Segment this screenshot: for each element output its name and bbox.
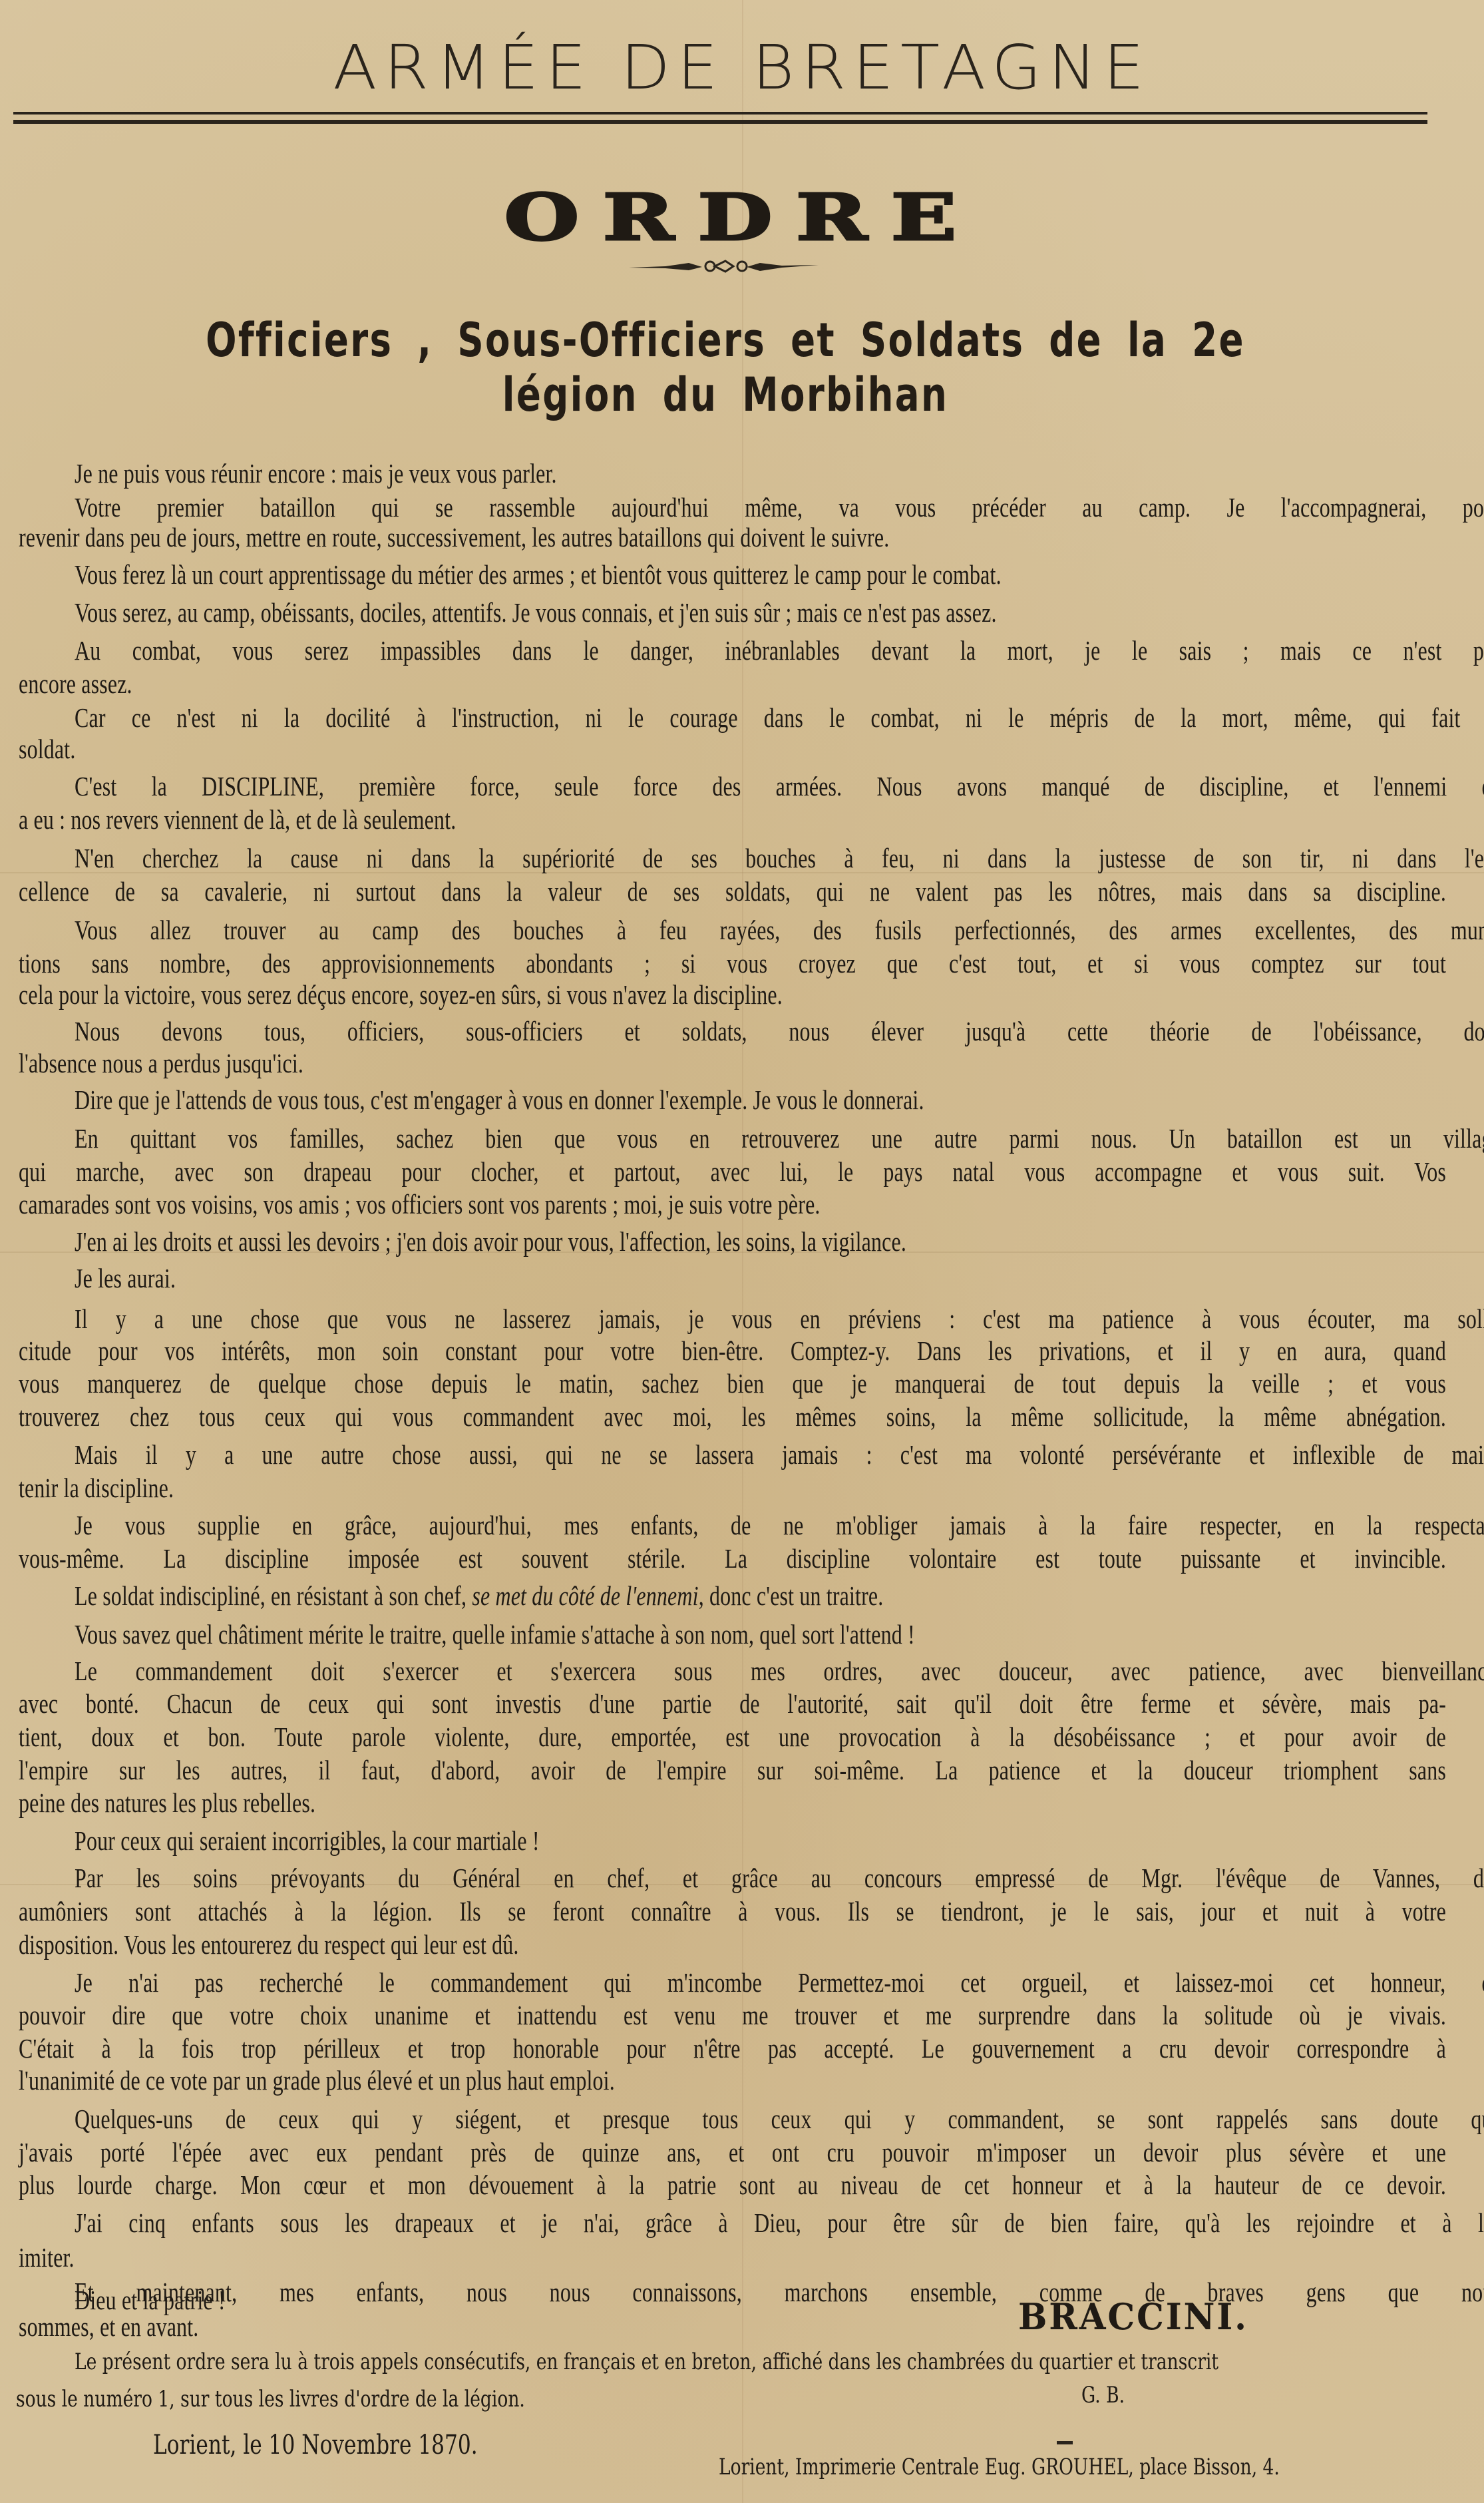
body-line: Je ne puis vous réunir encore : mais je …: [75, 457, 1191, 490]
body-line: C'est la DISCIPLINE, première force, seu…: [75, 770, 1484, 803]
body-line: revenir dans peu de jours, mettre en rou…: [19, 521, 1135, 554]
body-line: J'en ai les droits et aussi les devoirs …: [75, 1225, 1191, 1258]
body-line: Vous ferez là un court apprentissage du …: [75, 558, 1191, 591]
body-line: tient, doux et bon. Toute parole violent…: [19, 1720, 1446, 1753]
body-line: aumôniers sont attachés à la légion. Ils…: [19, 1895, 1446, 1928]
body-line: Vous serez, au camp, obéissants, dociles…: [75, 596, 1191, 629]
body-line: avec bonté. Chacun de ceux qui sont inve…: [19, 1687, 1446, 1720]
body-line: camarades sont vos voisins, vos amis ; v…: [19, 1188, 1135, 1221]
heading-rule-top: [13, 112, 1427, 114]
body-line: Vous allez trouver au camp des bouches à…: [75, 913, 1484, 947]
document-title: ORDRE: [0, 180, 1484, 255]
body-line: peine des natures les plus rebelles.: [19, 1786, 1135, 1819]
army-heading: ARMÉE DE BRETAGNE: [0, 32, 1484, 103]
body-line: En quittant vos familles, sachez bien qu…: [75, 1122, 1484, 1155]
body-line: Le commandement doit s'exercer et s'exer…: [75, 1654, 1484, 1688]
body-line: soldat.: [19, 732, 1135, 766]
body-line: Je n'ai pas recherché le commandement qu…: [75, 1966, 1484, 1999]
body-line: a eu : nos revers viennent de là, et de …: [19, 803, 1135, 836]
ornamental-divider-icon: [629, 257, 819, 277]
body-line: j'avais porté l'épée avec eux pendant pr…: [19, 2136, 1446, 2169]
traitor-italic: se met du côté de l'ennemi: [472, 1580, 698, 1611]
body-line: Votre premier bataillon qui se rassemble…: [75, 491, 1484, 524]
body-line: plus lourde charge. Mon cœur et mon dévo…: [19, 2168, 1446, 2201]
signature-initials: G. B.: [1081, 2382, 1125, 2408]
body-line: Je vous supplie en grâce, aujourd'hui, m…: [75, 1508, 1484, 1542]
body-line: Pour ceux qui seraient incorrigibles, la…: [75, 1824, 1191, 1857]
traitor-end: , donc c'est un traitre.: [699, 1580, 884, 1611]
body-line: N'en cherchez la cause ni dans la supéri…: [75, 841, 1484, 875]
body-line: Nous devons tous, officiers, sous-offici…: [75, 1015, 1484, 1048]
body-line: Quelques-uns de ceux qui y siégent, et p…: [75, 2102, 1484, 2136]
body-line: Vous savez quel châtiment mérite le trai…: [75, 1618, 1191, 1651]
body-line: imiter.: [19, 2241, 1135, 2274]
body-line: vous-même. La discipline imposée est sou…: [19, 1542, 1446, 1575]
body-line: Je les aurai.: [75, 1261, 1191, 1295]
body-line: Mais il y a une autre chose aussi, qui n…: [75, 1438, 1484, 1471]
body-line: vous manquerez de quelque chose depuis l…: [19, 1367, 1446, 1400]
notice-line-1: Le présent ordre sera lu à trois appels …: [75, 2349, 1218, 2375]
body-line: disposition. Vous les entourerez du resp…: [19, 1928, 1135, 1961]
body-line: Il y a une chose que vous ne lasserez ja…: [75, 1302, 1484, 1335]
traitor-start: Le soldat indiscipliné, en résistant à s…: [75, 1580, 466, 1611]
body-line: qui marche, avec son drapeau pour cloche…: [19, 1155, 1446, 1188]
body-line: encore assez.: [19, 667, 1135, 700]
place-and-date: Lorient, le 10 Novembre 1870.: [153, 2430, 478, 2460]
body-line: l'unanimité de ce vote par un grade plus…: [19, 2064, 1135, 2097]
body-line: Au combat, vous serez impassibles dans l…: [75, 634, 1484, 667]
body-line: Dire que je l'attends de vous tous, c'es…: [75, 1083, 1191, 1116]
body-line: Par les soins prévoyants du Général en c…: [75, 1861, 1484, 1895]
body-line: l'absence nous a perdus jusqu'ici.: [19, 1046, 1135, 1080]
body-line: tenir la discipline.: [19, 1471, 1135, 1504]
body-line: pouvoir dire que votre choix unanime et …: [19, 1998, 1446, 2032]
notice-line-2: sous le numéro 1, sur tous les livres d'…: [16, 2386, 525, 2412]
body-line: C'était à la fois trop périlleux et trop…: [19, 2032, 1446, 2065]
body-line: cela pour la victoire, vous serez déçus …: [19, 978, 1135, 1011]
heading-rule-bottom: [13, 120, 1427, 124]
printer-imprint: Lorient, Imprimerie Centrale Eug. GROUHE…: [719, 2454, 1280, 2480]
signature-name: BRACCINI.: [1018, 2295, 1248, 2338]
body-line: l'empire sur les autres, il faut, d'abor…: [19, 1753, 1446, 1787]
body-line-traitor: Le soldat indiscipliné, en résistant à s…: [75, 1579, 1191, 1612]
body-line: J'ai cinq enfants sous les drapeaux et j…: [75, 2206, 1484, 2239]
body-line: trouverez chez tous ceux qui vous comman…: [19, 1400, 1446, 1433]
body-line: Car ce n'est ni la docilité à l'instruct…: [75, 701, 1484, 734]
body-line: cellence de sa cavalerie, ni surtout dan…: [19, 875, 1446, 908]
body-line: tions sans nombre, des approvisionnement…: [19, 947, 1446, 980]
body-line: citude pour vos intérêts, mon soin const…: [19, 1334, 1446, 1367]
printer-dash: [1057, 2441, 1073, 2444]
document-subtitle: Officiers , Sous-Officiers et Soldats de…: [165, 313, 1286, 422]
